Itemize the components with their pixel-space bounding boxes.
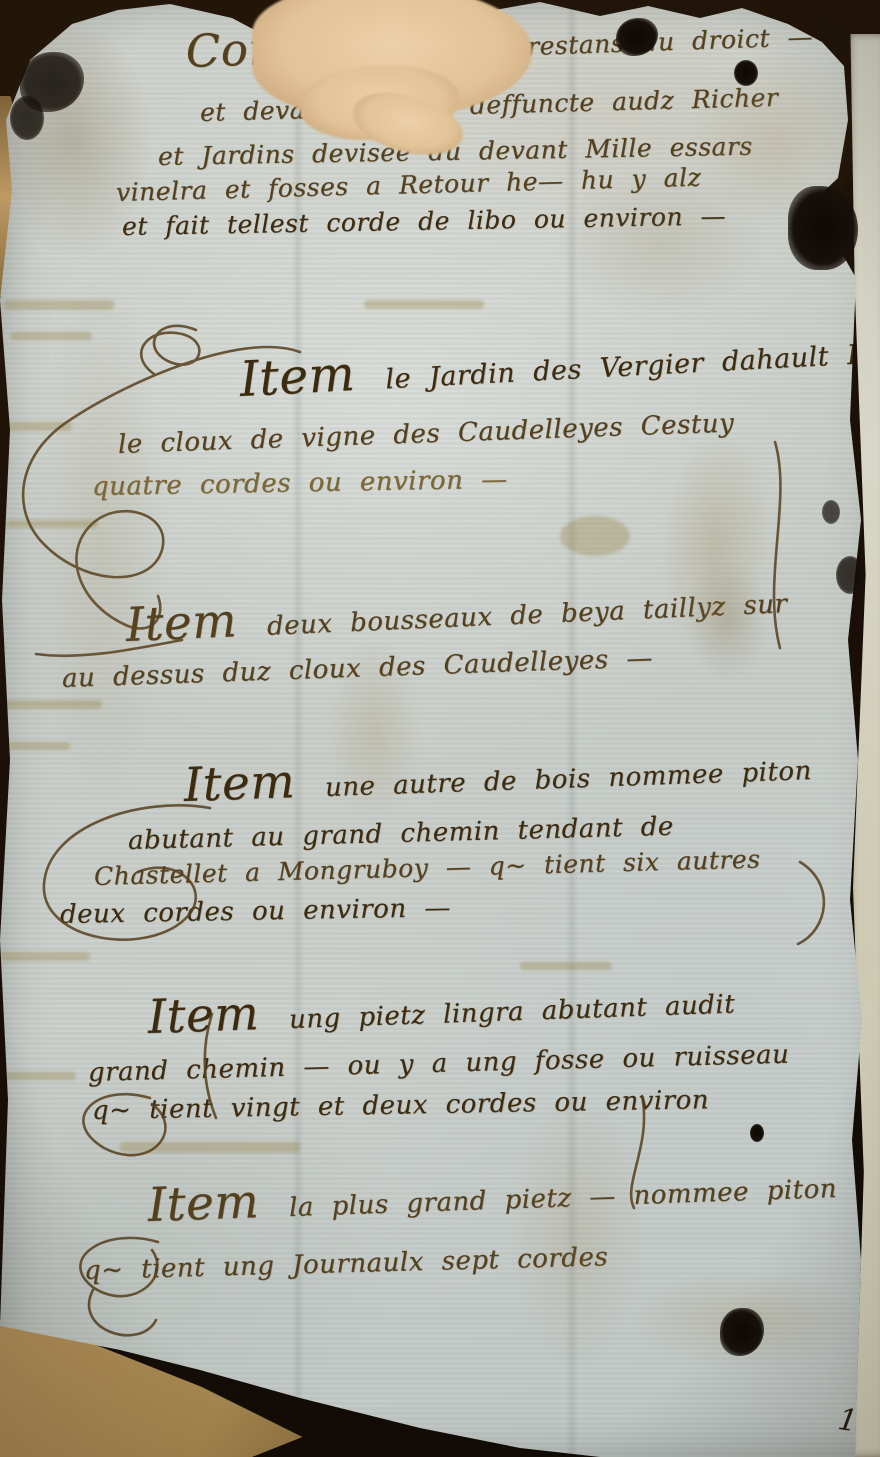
entry-initial: Item xyxy=(147,1175,260,1233)
age-stain xyxy=(688,560,768,680)
entry-initial: Item xyxy=(238,346,356,408)
age-stain xyxy=(326,636,422,826)
torn-edge-shadow xyxy=(836,556,864,594)
ink-bleed-stain xyxy=(0,952,90,961)
entry-first-line-text: le Jardin des Vergier dahault Ruelz xyxy=(385,336,880,395)
paper-hole-dark xyxy=(750,1124,764,1142)
manuscript-line: grand chemin — ou y a ung fosse ou ruiss… xyxy=(88,1040,790,1088)
entry-first-line: Item une autre de bois nommee piton xyxy=(183,756,812,808)
entry-first-line: Item ung pietz lingra abutant audit xyxy=(147,990,735,1040)
manuscript-photo: Compor me alez restans du droict — et de… xyxy=(0,0,880,1457)
ink-bleed-stain xyxy=(520,962,612,970)
manuscript-line: le cloux de vigne des Caudelleyes Cestuy xyxy=(117,408,734,459)
paper-hole-dark xyxy=(734,60,758,86)
age-stain xyxy=(36,280,166,800)
entry-initial: Item xyxy=(147,987,260,1045)
ink-bleed-stain xyxy=(560,516,630,556)
manuscript-line: deux cordes ou environ — xyxy=(60,893,451,930)
torn-edge-shadow xyxy=(822,500,840,524)
ink-bleed-stain xyxy=(364,300,484,309)
entry-first-line: Item le Jardin des Vergier dahault Ruelz xyxy=(239,336,880,403)
torn-notch-dark xyxy=(788,186,858,270)
entry-first-line-text: ung pietz lingra abutant audit xyxy=(289,990,736,1036)
ink-bleed-stain xyxy=(120,1142,300,1153)
entry-initial: Item xyxy=(183,755,296,813)
manuscript-line: q~ tient vingt et deux cordes ou environ xyxy=(92,1085,710,1126)
age-stain xyxy=(512,1096,642,1366)
dark-stain xyxy=(10,96,44,140)
ink-bleed-stain xyxy=(4,1072,76,1080)
